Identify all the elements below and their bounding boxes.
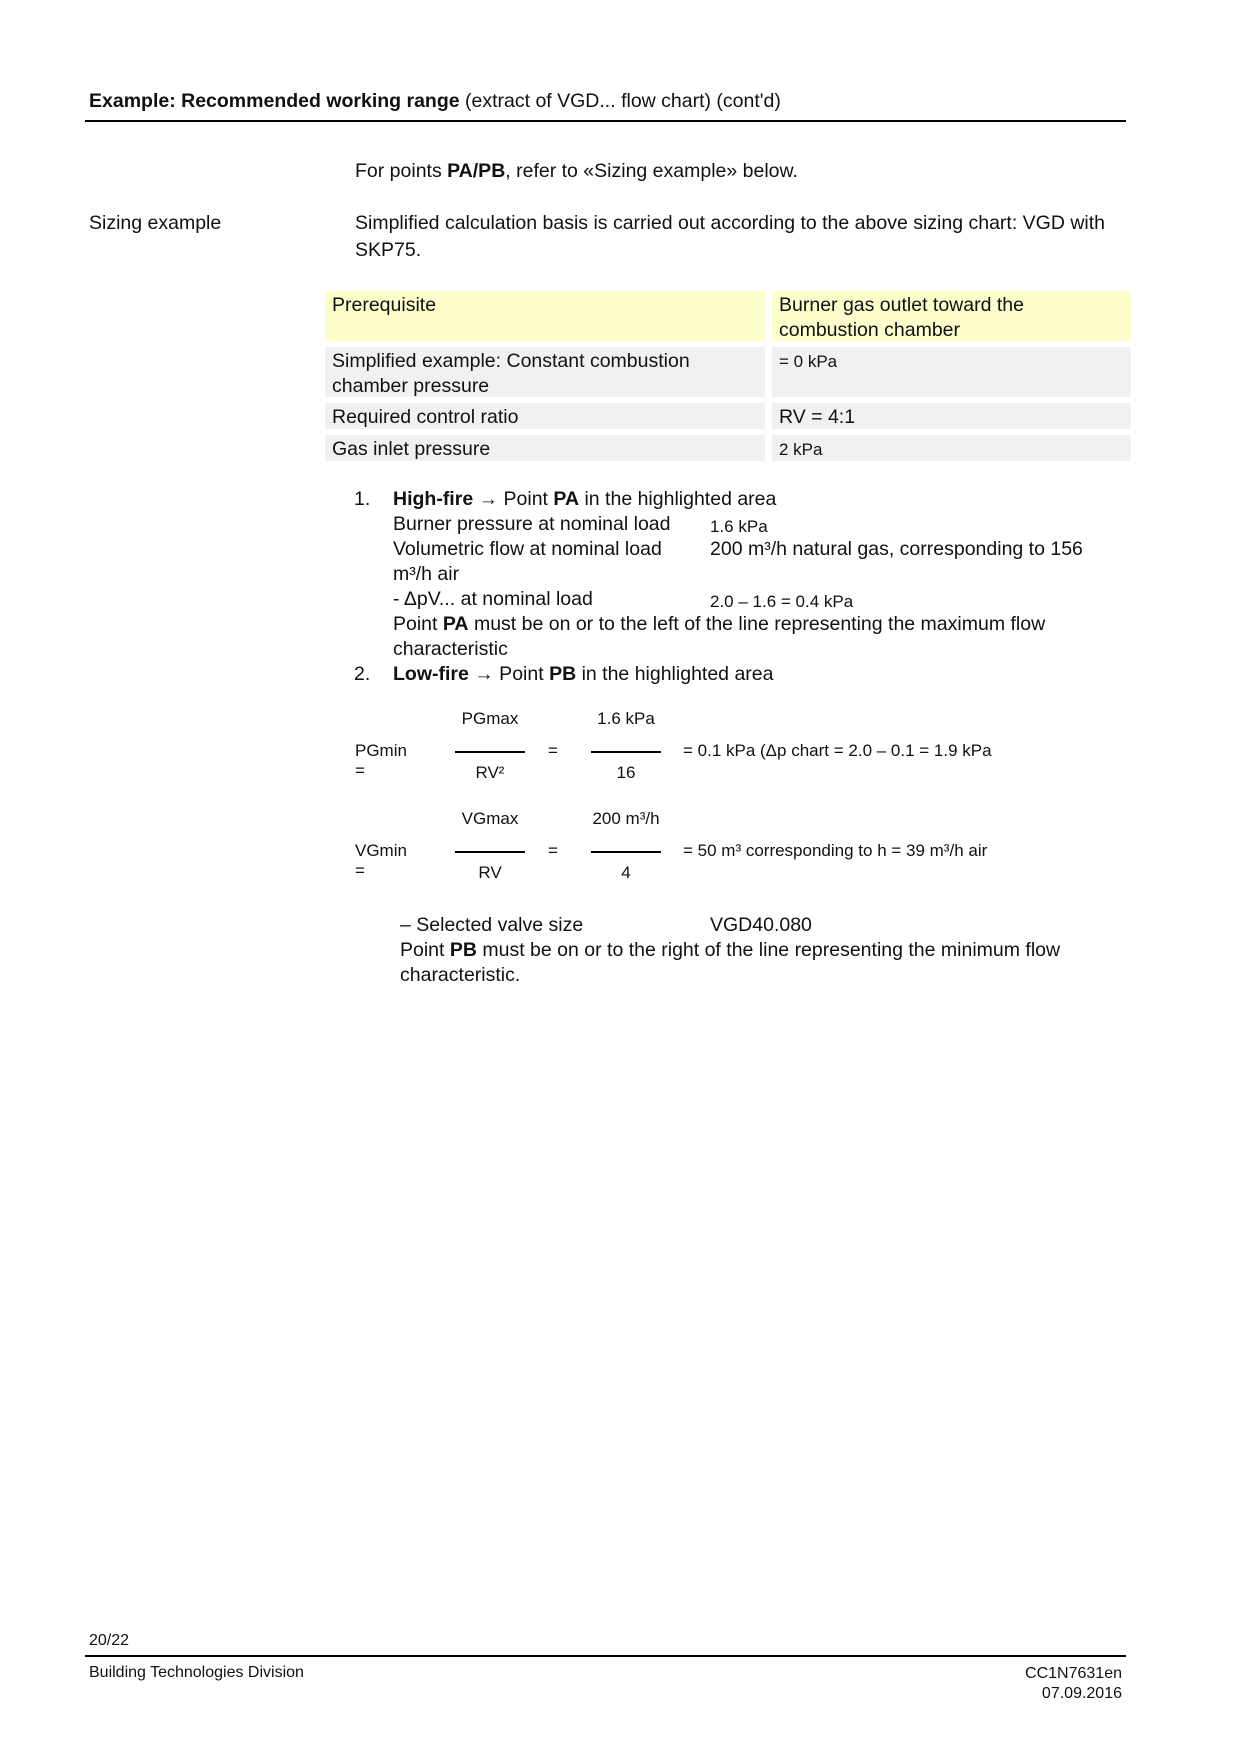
intro-bold: PA/PB [447,160,505,182]
note-text: must be on or to the right of the line r… [477,939,1060,961]
intro-suffix: , refer to «Sizing example» below. [505,160,798,182]
detail-label: Burner pressure at nominal load [393,512,671,537]
fraction-bar [455,751,525,753]
fraction-bar [591,751,661,753]
selected-valve-label: – Selected valve size [400,913,583,938]
selection-note: Point PB must be on or to the right of t… [400,938,1060,963]
section-title-rest: (extract of VGD... flow chart) (cont'd) [460,90,781,112]
footer-divider [85,1655,1126,1657]
step-number: 2. [354,662,370,687]
step-number: 1. [354,487,370,512]
side-label-sizing-example: Sizing example [89,210,221,237]
page-number: 20/22 [89,1632,129,1650]
prerequisite-table: Prerequisite Burner gas outlet toward th… [325,291,1131,467]
step-note: Point PA must be on or to the left of th… [393,612,1045,637]
denominator: RV [425,863,555,883]
table-cell: RV = 4:1 [772,403,1131,429]
note-bold: PB [450,939,477,961]
sizing-paragraph: Simplified calculation basis is carried … [355,210,1135,264]
detail-label: Volumetric flow at nominal load [393,537,662,562]
arrow-right-icon: → [474,663,494,685]
step-title-bold: High-fire [393,488,473,510]
formula-lhs: PGmin = [355,741,407,781]
denominator: RV² [425,763,555,783]
denominator: 16 [561,763,691,783]
intro-text: For points PA/PB, refer to «Sizing examp… [355,158,798,185]
step-title: High-fire → Point PA in the highlighted … [393,487,776,512]
fraction-bar [591,851,661,853]
section-title-bold: Example: Recommended working range [89,90,460,112]
table-row: Gas inlet pressure 2 kPa [325,435,1131,461]
numerator: 1.6 kPa [561,709,691,729]
table-cell: Simplified example: Constant combustion … [325,347,765,397]
intro-prefix: For points [355,160,447,182]
note-bold: PA [443,613,469,635]
table-header-row: Prerequisite Burner gas outlet toward th… [325,291,1131,341]
step-note-cont: characteristic [393,637,508,662]
note-prefix: Point [393,613,443,635]
table-cell: Gas inlet pressure [325,435,765,461]
detail-label: - ΔpV... at nominal load [393,587,593,612]
step-point-label: PB [549,663,576,685]
step-title-rest: in the highlighted area [579,488,776,510]
footer-date: 07.09.2016 [1025,1684,1122,1704]
selection-note-cont: characteristic. [400,963,520,988]
step-title: Low-fire → Point PB in the highlighted a… [393,662,773,687]
table-cell: = 0 kPa [772,347,1131,397]
table-cell: Required control ratio [325,403,765,429]
arrow-right-icon: → [479,488,499,510]
formula-lhs: VGmin = [355,841,407,881]
numerator: PGmax [425,709,555,729]
selected-valve-value: VGD40.080 [710,913,812,938]
table-row: Simplified example: Constant combustion … [325,347,1131,397]
table-row: Required control ratio RV = 4:1 [325,403,1131,429]
denominator: 4 [561,863,691,883]
detail-value: 2.0 – 1.6 = 0.4 kPa [710,589,853,614]
footer-division: Building Technologies Division [89,1664,304,1682]
section-title: Example: Recommended working range (extr… [89,90,781,113]
formula-result: = 50 m³ corresponding to h = 39 m³/h air [683,841,987,861]
equals-sign: = [548,841,558,861]
step-title-mid: Point [498,488,553,510]
detail-value: 1.6 kPa [710,514,768,539]
footer-doc-id: CC1N7631en [1025,1664,1122,1684]
step-title-bold: Low-fire [393,663,469,685]
detail-value: 200 m³/h natural gas, corresponding to 1… [710,537,1083,562]
note-prefix: Point [400,939,450,961]
step-title-rest: in the highlighted area [576,663,773,685]
numerator: VGmax [425,809,555,829]
table-header-cell: Burner gas outlet toward the combustion … [772,291,1131,341]
formula-result: = 0.1 kPa (Δp chart = 2.0 – 0.1 = 1.9 kP… [683,741,992,761]
step-point-label: PA [553,488,579,510]
note-text: must be on or to the left of the line re… [469,613,1046,635]
numerator: 200 m³/h [561,809,691,829]
equals-sign: = [548,741,558,761]
step-title-mid: Point [494,663,549,685]
fraction-bar [455,851,525,853]
detail-value-wrap: m³/h air [393,562,459,587]
table-header-cell: Prerequisite [325,291,765,341]
footer-doc-info: CC1N7631en 07.09.2016 [1025,1664,1122,1704]
table-cell: 2 kPa [772,435,1131,461]
header-divider [85,120,1126,122]
